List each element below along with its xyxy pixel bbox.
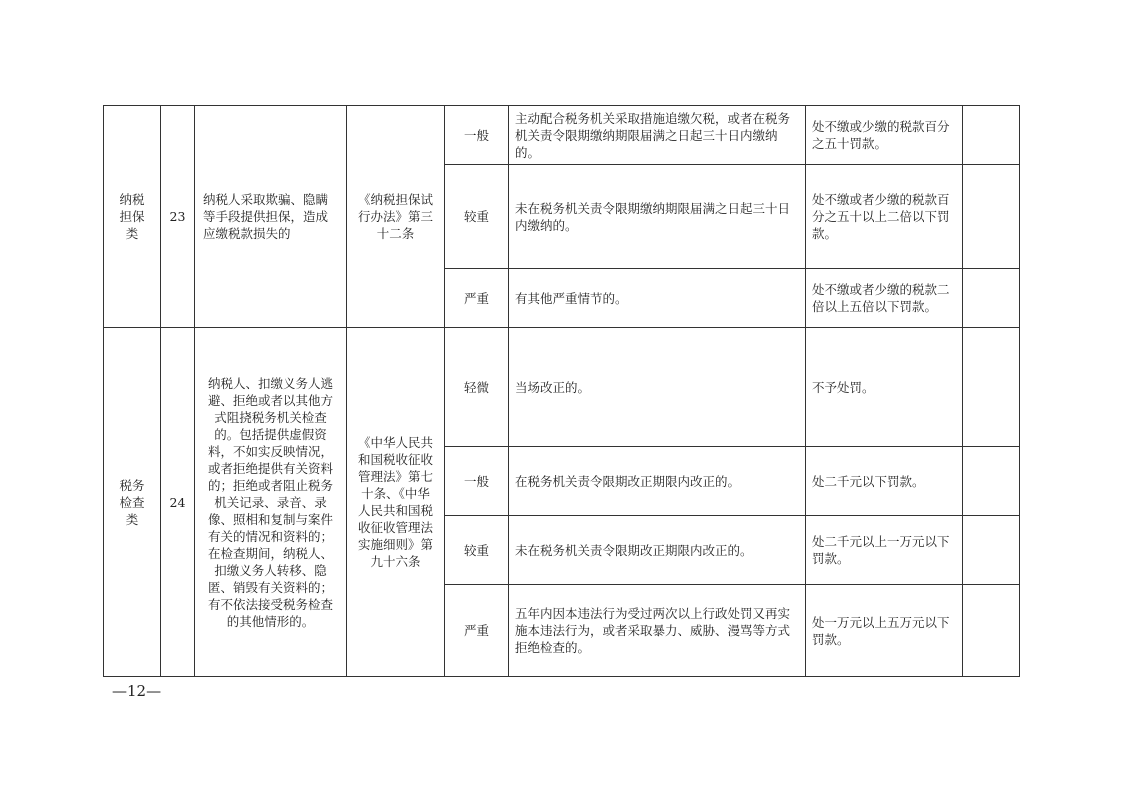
penalty-cell: 处不缴或者少缴的税款百分之五十以上二倍以下罚款。 [806, 165, 963, 269]
penalty-cell: 处二千元以下罚款。 [806, 447, 963, 516]
violation-cell: 纳税人、扣缴义务人逃避、拒绝或者以其他方式阻挠税务机关检查的。包括提供虚假资料，… [195, 328, 347, 677]
violation-cell: 纳税人采取欺骗、隐瞒等手段提供担保，造成应缴税款损失的 [195, 106, 347, 328]
table-row: 税务检查类 24 纳税人、扣缴义务人逃避、拒绝或者以其他方式阻挠税务机关检查的。… [104, 328, 1020, 447]
note-cell [963, 447, 1020, 516]
note-cell [963, 269, 1020, 328]
penalty-cell: 处一万元以上五万元以下罚款。 [806, 585, 963, 677]
penalty-standards-table: 纳税担保类 23 纳税人采取欺骗、隐瞒等手段提供担保，造成应缴税款损失的 《纳税… [103, 105, 1020, 677]
note-cell [963, 328, 1020, 447]
circumstance-cell: 主动配合税务机关采取措施追缴欠税，或者在税务机关责令限期缴纳期限届满之日起三十日… [509, 106, 806, 165]
level-cell: 较重 [445, 165, 509, 269]
penalty-cell: 处不缴或者少缴的税款二倍以上五倍以下罚款。 [806, 269, 963, 328]
penalty-cell: 处不缴或少缴的税款百分之五十罚款。 [806, 106, 963, 165]
circumstance-cell: 在税务机关责令限期改正期限内改正的。 [509, 447, 806, 516]
note-cell [963, 165, 1020, 269]
level-cell: 一般 [445, 106, 509, 165]
penalty-cell: 不予处罚。 [806, 328, 963, 447]
level-cell: 严重 [445, 585, 509, 677]
penalty-cell: 处二千元以上一万元以下罚款。 [806, 516, 963, 585]
note-cell [963, 585, 1020, 677]
level-cell: 一般 [445, 447, 509, 516]
circumstance-cell: 未在税务机关责令限期缴纳期限届满之日起三十日内缴纳的。 [509, 165, 806, 269]
number-cell: 24 [161, 328, 195, 677]
level-cell: 严重 [445, 269, 509, 328]
category-cell: 纳税担保类 [104, 106, 161, 328]
circumstance-cell: 有其他严重情节的。 [509, 269, 806, 328]
number-cell: 23 [161, 106, 195, 328]
legal-basis-cell: 《纳税担保试行办法》第三十二条 [347, 106, 445, 328]
category-cell: 税务检查类 [104, 328, 161, 677]
level-cell: 较重 [445, 516, 509, 585]
page-number: —12— [112, 682, 161, 700]
table-row: 纳税担保类 23 纳税人采取欺骗、隐瞒等手段提供担保，造成应缴税款损失的 《纳税… [104, 106, 1020, 165]
circumstance-cell: 当场改正的。 [509, 328, 806, 447]
note-cell [963, 516, 1020, 585]
circumstance-cell: 未在税务机关责令限期改正期限内改正的。 [509, 516, 806, 585]
level-cell: 轻微 [445, 328, 509, 447]
legal-basis-cell: 《中华人民共和国税收征收管理法》第七十条、《中华人民共和国税收征收管理法实施细则… [347, 328, 445, 677]
circumstance-cell: 五年内因本违法行为受过两次以上行政处罚又再实施本违法行为，或者采取暴力、威胁、漫… [509, 585, 806, 677]
note-cell [963, 106, 1020, 165]
